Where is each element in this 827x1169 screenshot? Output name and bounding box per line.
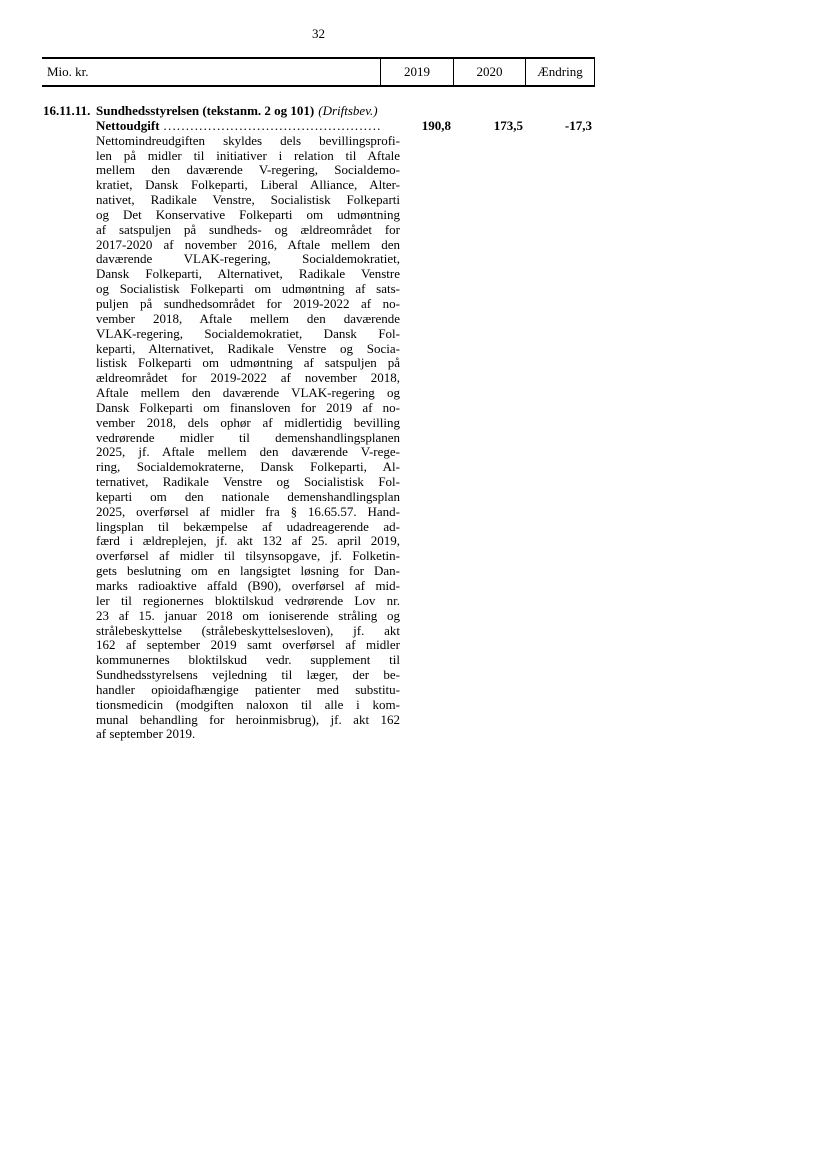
section-heading-row: 16.11.11. Sundhedsstyrelsen (tekstanm. 2… [43, 104, 595, 119]
paragraph-line: Nettomindreudgiften skyldes dels bevilli… [96, 134, 400, 149]
column-header-aendring: Ændring [525, 59, 595, 85]
column-header-2019: 2019 [380, 59, 453, 85]
paragraph-line: strålebeskyttelse (strålebeskyttelseslov… [96, 624, 400, 639]
paragraph-line: nativet, Radikale Venstre, Socialistisk … [96, 193, 400, 208]
paragraph-line: keparti, Alternativet, Radikale Venstre … [96, 342, 400, 357]
paragraph-line: Dansk Folkeparti om finansloven for 2019… [96, 401, 400, 416]
paragraph-line: ældreområdet for 2019-2022 af november 2… [96, 371, 400, 386]
paragraph-line: daværende VLAK-regering, Socialdemokrati… [96, 252, 400, 267]
paragraph-line: og Socialistisk Folkeparti om udmøntning… [96, 282, 400, 297]
paragraph-line: af satspuljen på sundheds- og ældreområd… [96, 223, 400, 238]
unit-label: Mio. kr. [42, 59, 380, 85]
dot-leader: ........................................… [160, 119, 382, 134]
document-page: 32 Mio. kr. 2019 2020 Ændring 16.11.11. … [0, 0, 827, 1169]
paragraph-line: af september 2019. [96, 727, 400, 742]
paragraph-line: ler til regionernes bloktilskud vedrøren… [96, 594, 400, 609]
indent-spacer [43, 119, 96, 134]
header-table: Mio. kr. 2019 2020 Ændring [42, 57, 595, 87]
paragraph-line: ternativet, Radikale Venstre og Socialis… [96, 475, 400, 490]
paragraph-line: len på midler til initiativer i relation… [96, 149, 400, 164]
paragraph-line: vember 2018, dels ophør af midlertidig b… [96, 416, 400, 431]
value-aendring: -17,3 [524, 119, 592, 134]
paragraph-line: mellem den daværende V-regering, Sociald… [96, 163, 400, 178]
budget-section: 16.11.11. Sundhedsstyrelsen (tekstanm. 2… [43, 104, 595, 742]
paragraph-line: Dansk Folkeparti, Alternativet, Radikale… [96, 267, 400, 282]
paragraph-line: 2025, overførsel af midler fra § 16.65.5… [96, 505, 400, 520]
paragraph-line: vember 2018, Aftale mellem den daværende [96, 312, 400, 327]
paragraph-line: lingsplan til bekæmpelse af udadreageren… [96, 520, 400, 535]
nettoudgift-row: Nettoudgift ............................… [43, 119, 595, 134]
paragraph-line: tionsmedicin (modgiften naloxon til alle… [96, 698, 400, 713]
paragraph-line: Sundhedsstyrelsens vejledning til læger,… [96, 668, 400, 683]
paragraph-line: munal behandling for heroinmisbrug), jf.… [96, 713, 400, 728]
paragraph-line: listisk Folkeparti om udmøntning af sats… [96, 356, 400, 371]
paragraph-line: gets beslutning om en langsigtet løsning… [96, 564, 400, 579]
paragraph-line: overførsel af midler til tilsynsopgave, … [96, 549, 400, 564]
column-header-2020: 2020 [453, 59, 525, 85]
paragraph-line: handler opioidafhængige patienter med su… [96, 683, 400, 698]
paragraph-line: 162 af september 2019 samt overførsel af… [96, 638, 400, 653]
paragraph-line: keparti om den nationale demenshandlings… [96, 490, 400, 505]
page-number: 32 [42, 26, 595, 42]
paragraph-line: 2025, jf. Aftale mellem den daværende V-… [96, 445, 400, 460]
paragraph-line: Aftale mellem den daværende VLAK-regerin… [96, 386, 400, 401]
paragraph-line: vedrørende midler til demenshandlingspla… [96, 431, 400, 446]
paragraph-line: færd i ældreplejen, jf. akt 132 af 25. a… [96, 534, 400, 549]
entry-label-wrap: Nettoudgift ............................… [96, 119, 382, 134]
paragraph-line: VLAK-regering, Socialdemokratiet, Dansk … [96, 327, 400, 342]
section-type: (Driftsbev.) [318, 103, 377, 118]
paragraph-line: 23 af 15. januar 2018 om ioniserende str… [96, 609, 400, 624]
section-title: Sundhedsstyrelsen (tekstanm. 2 og 101) [96, 103, 314, 118]
body-paragraph: Nettomindreudgiften skyldes dels bevilli… [96, 134, 400, 743]
paragraph-line: puljen på sundhedsområdet for 2019-2022 … [96, 297, 400, 312]
paragraph-line: marks radioaktive affald (B90), overførs… [96, 579, 400, 594]
value-2020: 173,5 [452, 119, 524, 134]
entry-label: Nettoudgift [96, 119, 160, 134]
section-code: 16.11.11. [43, 104, 96, 119]
paragraph-line: og Det Konservative Folkeparti om udmønt… [96, 208, 400, 223]
paragraph-line: kommunernes bloktilskud vedr. supplement… [96, 653, 400, 668]
section-heading: Sundhedsstyrelsen (tekstanm. 2 og 101)(D… [96, 104, 595, 119]
value-2019: 190,8 [382, 119, 452, 134]
paragraph-line: ring, Socialdemokraterne, Dansk Folkepar… [96, 460, 400, 475]
paragraph-line: 2017-2020 af november 2016, Aftale melle… [96, 238, 400, 253]
paragraph-line: kratiet, Dansk Folkeparti, Liberal Allia… [96, 178, 400, 193]
